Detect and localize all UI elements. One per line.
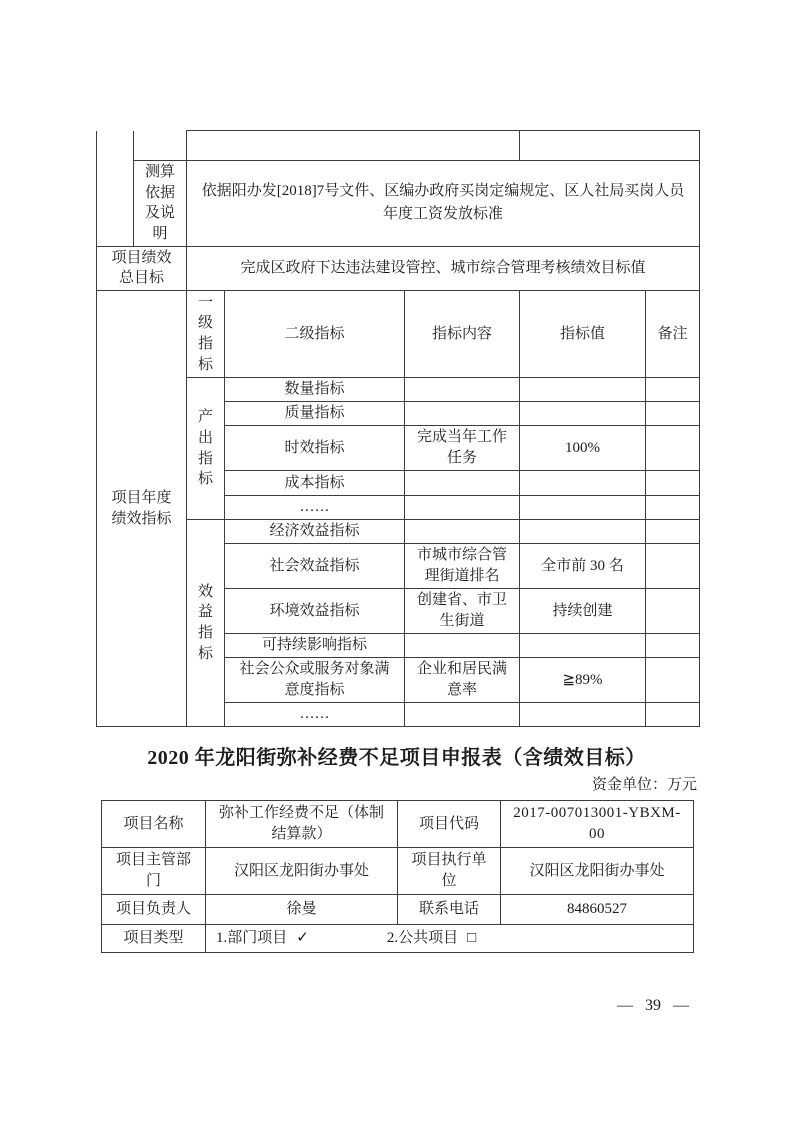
type-option-public: 2.公共项目 <box>387 930 458 946</box>
row-content <box>405 496 520 520</box>
project-name-label: 项目名称 <box>102 801 206 848</box>
header-level2: 二级指标 <box>225 291 405 378</box>
annual-indicators-label: 项目年度绩效指标 <box>97 291 187 727</box>
project-type-value: 1.部门项目✓2.公共项目□ <box>206 925 694 953</box>
row-note <box>646 520 700 544</box>
row-value <box>520 520 646 544</box>
row-content <box>405 471 520 496</box>
row-content <box>405 634 520 658</box>
type-option-department: 1.部门项目 <box>216 930 287 946</box>
project-type-label: 项目类型 <box>102 925 206 953</box>
form-title: 2020 年龙阳街弥补经费不足项目申报表（含绩效目标） <box>0 741 793 770</box>
row-value: 100% <box>520 426 646 471</box>
header-level1: 一级指标 <box>187 291 225 378</box>
page-number: — 39 — <box>0 997 793 1015</box>
row-note <box>646 544 700 589</box>
row-label: 数量指标 <box>225 378 405 402</box>
row-value <box>520 378 646 402</box>
row-label: 社会公众或服务对象满意度指标 <box>225 658 405 703</box>
exec-unit-label: 项目执行单位 <box>398 848 501 895</box>
benefit-group-label: 效益指标 <box>187 520 225 727</box>
row-content <box>405 378 520 402</box>
calc-basis-value: 依据阳办发[2018]7号文件、区编办政府买岗定编规定、区人社局买岗人员年度工资… <box>187 161 700 247</box>
row-content: 市城市综合管理街道排名 <box>405 544 520 589</box>
document-page: { "table1": { "calc_basis": { "label": "… <box>0 0 793 1122</box>
phone-label: 联系电话 <box>398 895 501 925</box>
row-value: ≧89% <box>520 658 646 703</box>
row-value <box>520 703 646 727</box>
dept-label: 项目主管部门 <box>102 848 206 895</box>
row-label: 环境效益指标 <box>225 589 405 634</box>
row-note <box>646 402 700 426</box>
empty-checkbox-icon: □ <box>467 930 476 946</box>
row-note <box>646 496 700 520</box>
row-note <box>646 634 700 658</box>
phone-value: 84860527 <box>501 895 694 925</box>
manager-label: 项目负责人 <box>102 895 206 925</box>
continued-empty-cell-a <box>187 131 520 161</box>
row-label: 可持续影响指标 <box>225 634 405 658</box>
row-note <box>646 471 700 496</box>
row-content: 完成当年工作任务 <box>405 426 520 471</box>
row-content: 创建省、市卫生街道 <box>405 589 520 634</box>
header-content: 指标内容 <box>405 291 520 378</box>
row-note <box>646 378 700 402</box>
row-label: 成本指标 <box>225 471 405 496</box>
manager-value: 徐曼 <box>206 895 398 925</box>
header-value: 指标值 <box>520 291 646 378</box>
row-content <box>405 402 520 426</box>
row-value: 全市前 30 名 <box>520 544 646 589</box>
row-value <box>520 402 646 426</box>
row-value <box>520 471 646 496</box>
project-info-table: 项目名称 弥补工作经费不足（体制结算款） 项目代码 2017-007013001… <box>101 800 694 953</box>
row-note <box>646 703 700 727</box>
row-value <box>520 496 646 520</box>
row-label: 经济效益指标 <box>225 520 405 544</box>
calc-basis-label: 测算依据及说明 <box>134 161 187 247</box>
total-goal-value: 完成区政府下达违法建设管控、城市综合管理考核绩效目标值 <box>187 246 700 290</box>
row-label: 社会效益指标 <box>225 544 405 589</box>
row-label: 时效指标 <box>225 426 405 471</box>
header-note: 备注 <box>646 291 700 378</box>
exec-unit-value: 汉阳区龙阳街办事处 <box>501 848 694 895</box>
continued-empty-cell-b <box>520 131 700 161</box>
project-code-label: 项目代码 <box>398 801 501 848</box>
fund-unit-note: 资金单位：万元 <box>592 773 697 794</box>
total-goal-label: 项目绩效总目标 <box>97 246 187 290</box>
project-name-value: 弥补工作经费不足（体制结算款） <box>206 801 398 848</box>
continued-cell <box>134 131 187 161</box>
dept-value: 汉阳区龙阳街办事处 <box>206 848 398 895</box>
row-value <box>520 634 646 658</box>
row-note <box>646 589 700 634</box>
row-content <box>405 520 520 544</box>
row-label: 质量指标 <box>225 402 405 426</box>
row-label: …… <box>225 496 405 520</box>
row-label: …… <box>225 703 405 727</box>
continued-left-cell <box>97 131 134 247</box>
project-code-value: 2017-007013001-YBXM-00 <box>501 801 694 848</box>
row-value: 持续创建 <box>520 589 646 634</box>
row-note <box>646 658 700 703</box>
checkmark-icon: ✓ <box>296 930 309 946</box>
performance-indicators-table: 测算依据及说明 依据阳办发[2018]7号文件、区编办政府买岗定编规定、区人社局… <box>96 130 700 727</box>
row-content <box>405 703 520 727</box>
row-content: 企业和居民满意率 <box>405 658 520 703</box>
row-note <box>646 426 700 471</box>
output-group-label: 产出指标 <box>187 378 225 520</box>
